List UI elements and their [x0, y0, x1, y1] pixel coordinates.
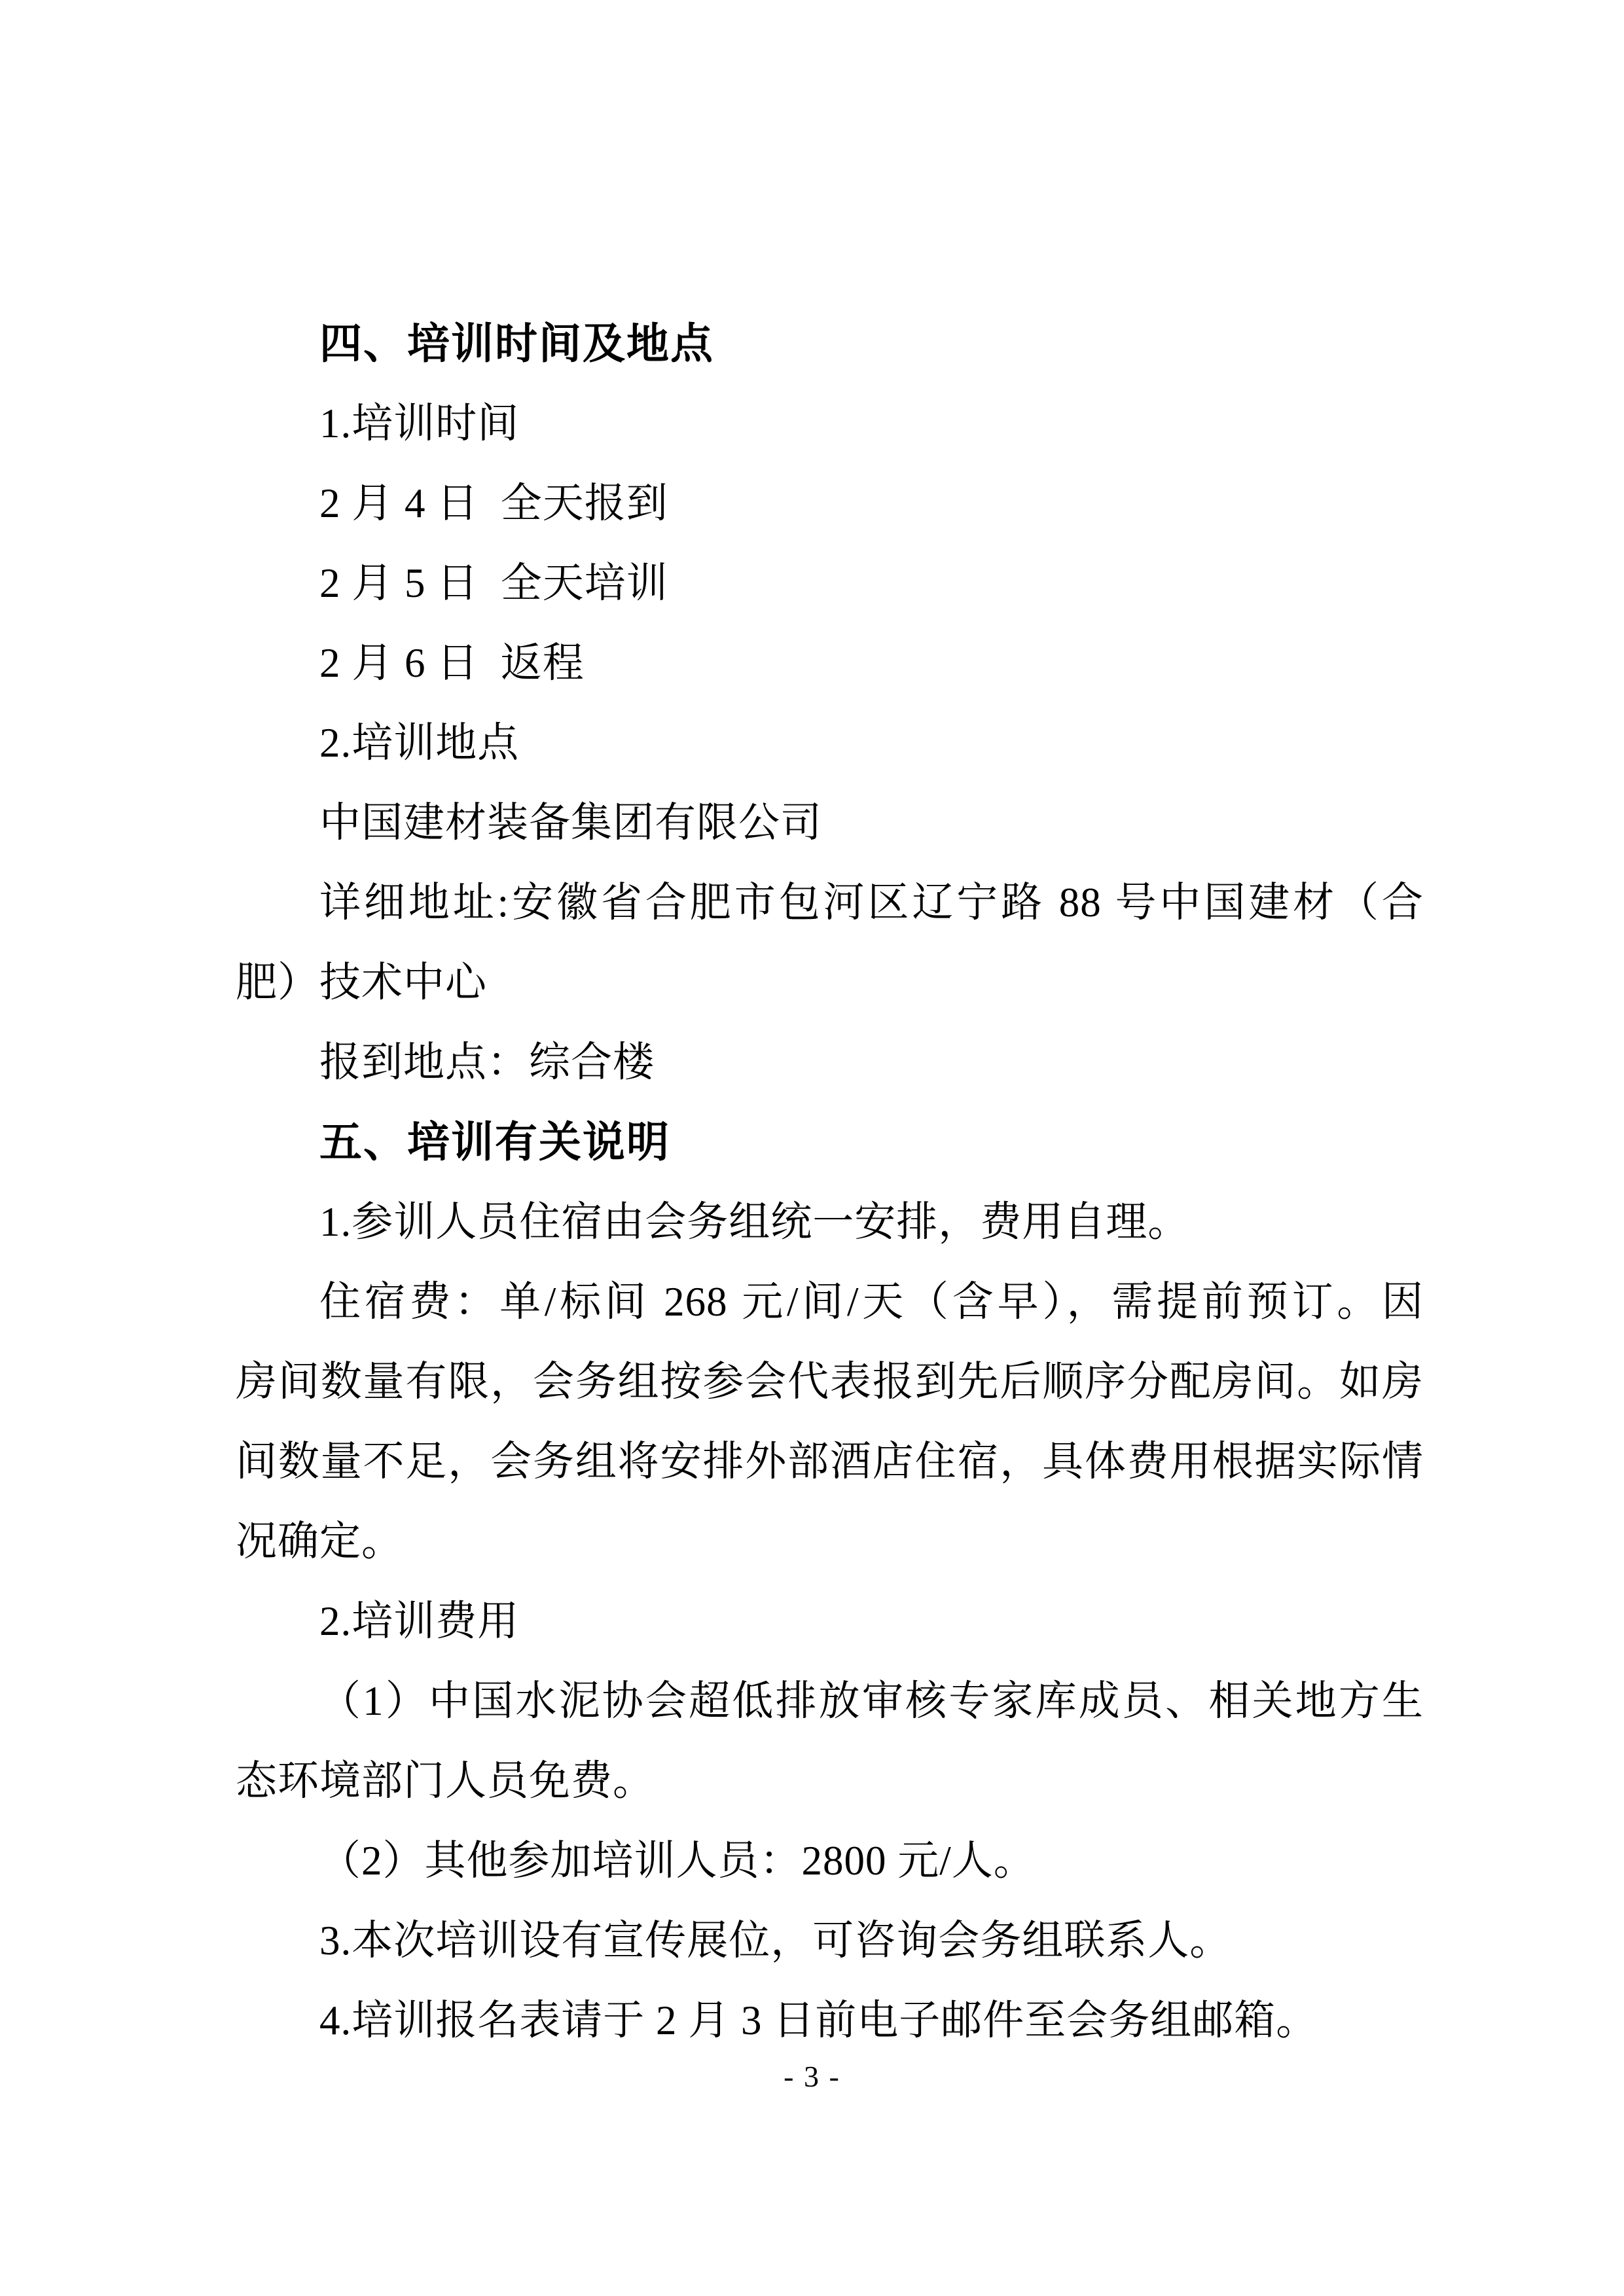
text-line: 2.培训地点: [236, 703, 1424, 783]
text-line: 间数量不足，会务组将安排外部酒店住宿，具体费用根据实际情: [236, 1422, 1424, 1501]
text-line: （1）中国水泥协会超低排放审核专家库成员、相关地方生: [236, 1661, 1424, 1741]
text-line: 2 月 6 日 返程: [236, 623, 1424, 703]
text-line: 报到地点：综合楼: [236, 1022, 1424, 1102]
text-line: 肥）技术中心: [236, 942, 1424, 1022]
page-number: - 3 -: [0, 2056, 1624, 2097]
text-line: 况确定。: [236, 1501, 1424, 1581]
text-line: 住宿费：单/标间 268 元/间/天（含早），需提前预订。因: [236, 1262, 1424, 1342]
text-line: 1.培训时间: [236, 384, 1424, 463]
section-heading: 四、培训时间及地点: [236, 304, 1424, 384]
document-body: 四、培训时间及地点1.培训时间2 月 4 日 全天报到2 月 5 日 全天培训2…: [236, 304, 1424, 2060]
text-line: 2 月 4 日 全天报到: [236, 463, 1424, 543]
text-line: 4.培训报名表请于 2 月 3 日前电子邮件至会务组邮箱。: [236, 1981, 1424, 2060]
text-line: 中国建材装备集团有限公司: [236, 783, 1424, 863]
text-line: 态环境部门人员免费。: [236, 1741, 1424, 1821]
text-line: 房间数量有限，会务组按参会代表报到先后顺序分配房间。如房: [236, 1342, 1424, 1422]
text-line: 详细地址:安徽省合肥市包河区辽宁路 88 号中国建材（合: [236, 863, 1424, 942]
text-line: 3.本次培训设有宣传展位，可咨询会务组联系人。: [236, 1901, 1424, 1981]
section-heading: 五、培训有关说明: [236, 1102, 1424, 1182]
document-page: 四、培训时间及地点1.培训时间2 月 4 日 全天报到2 月 5 日 全天培训2…: [0, 0, 1624, 2296]
text-line: 2 月 5 日 全天培训: [236, 543, 1424, 623]
text-line: 2.培训费用: [236, 1581, 1424, 1661]
text-line: 1.参训人员住宿由会务组统一安排，费用自理。: [236, 1182, 1424, 1262]
text-line: （2）其他参加培训人员：2800 元/人。: [236, 1821, 1424, 1901]
